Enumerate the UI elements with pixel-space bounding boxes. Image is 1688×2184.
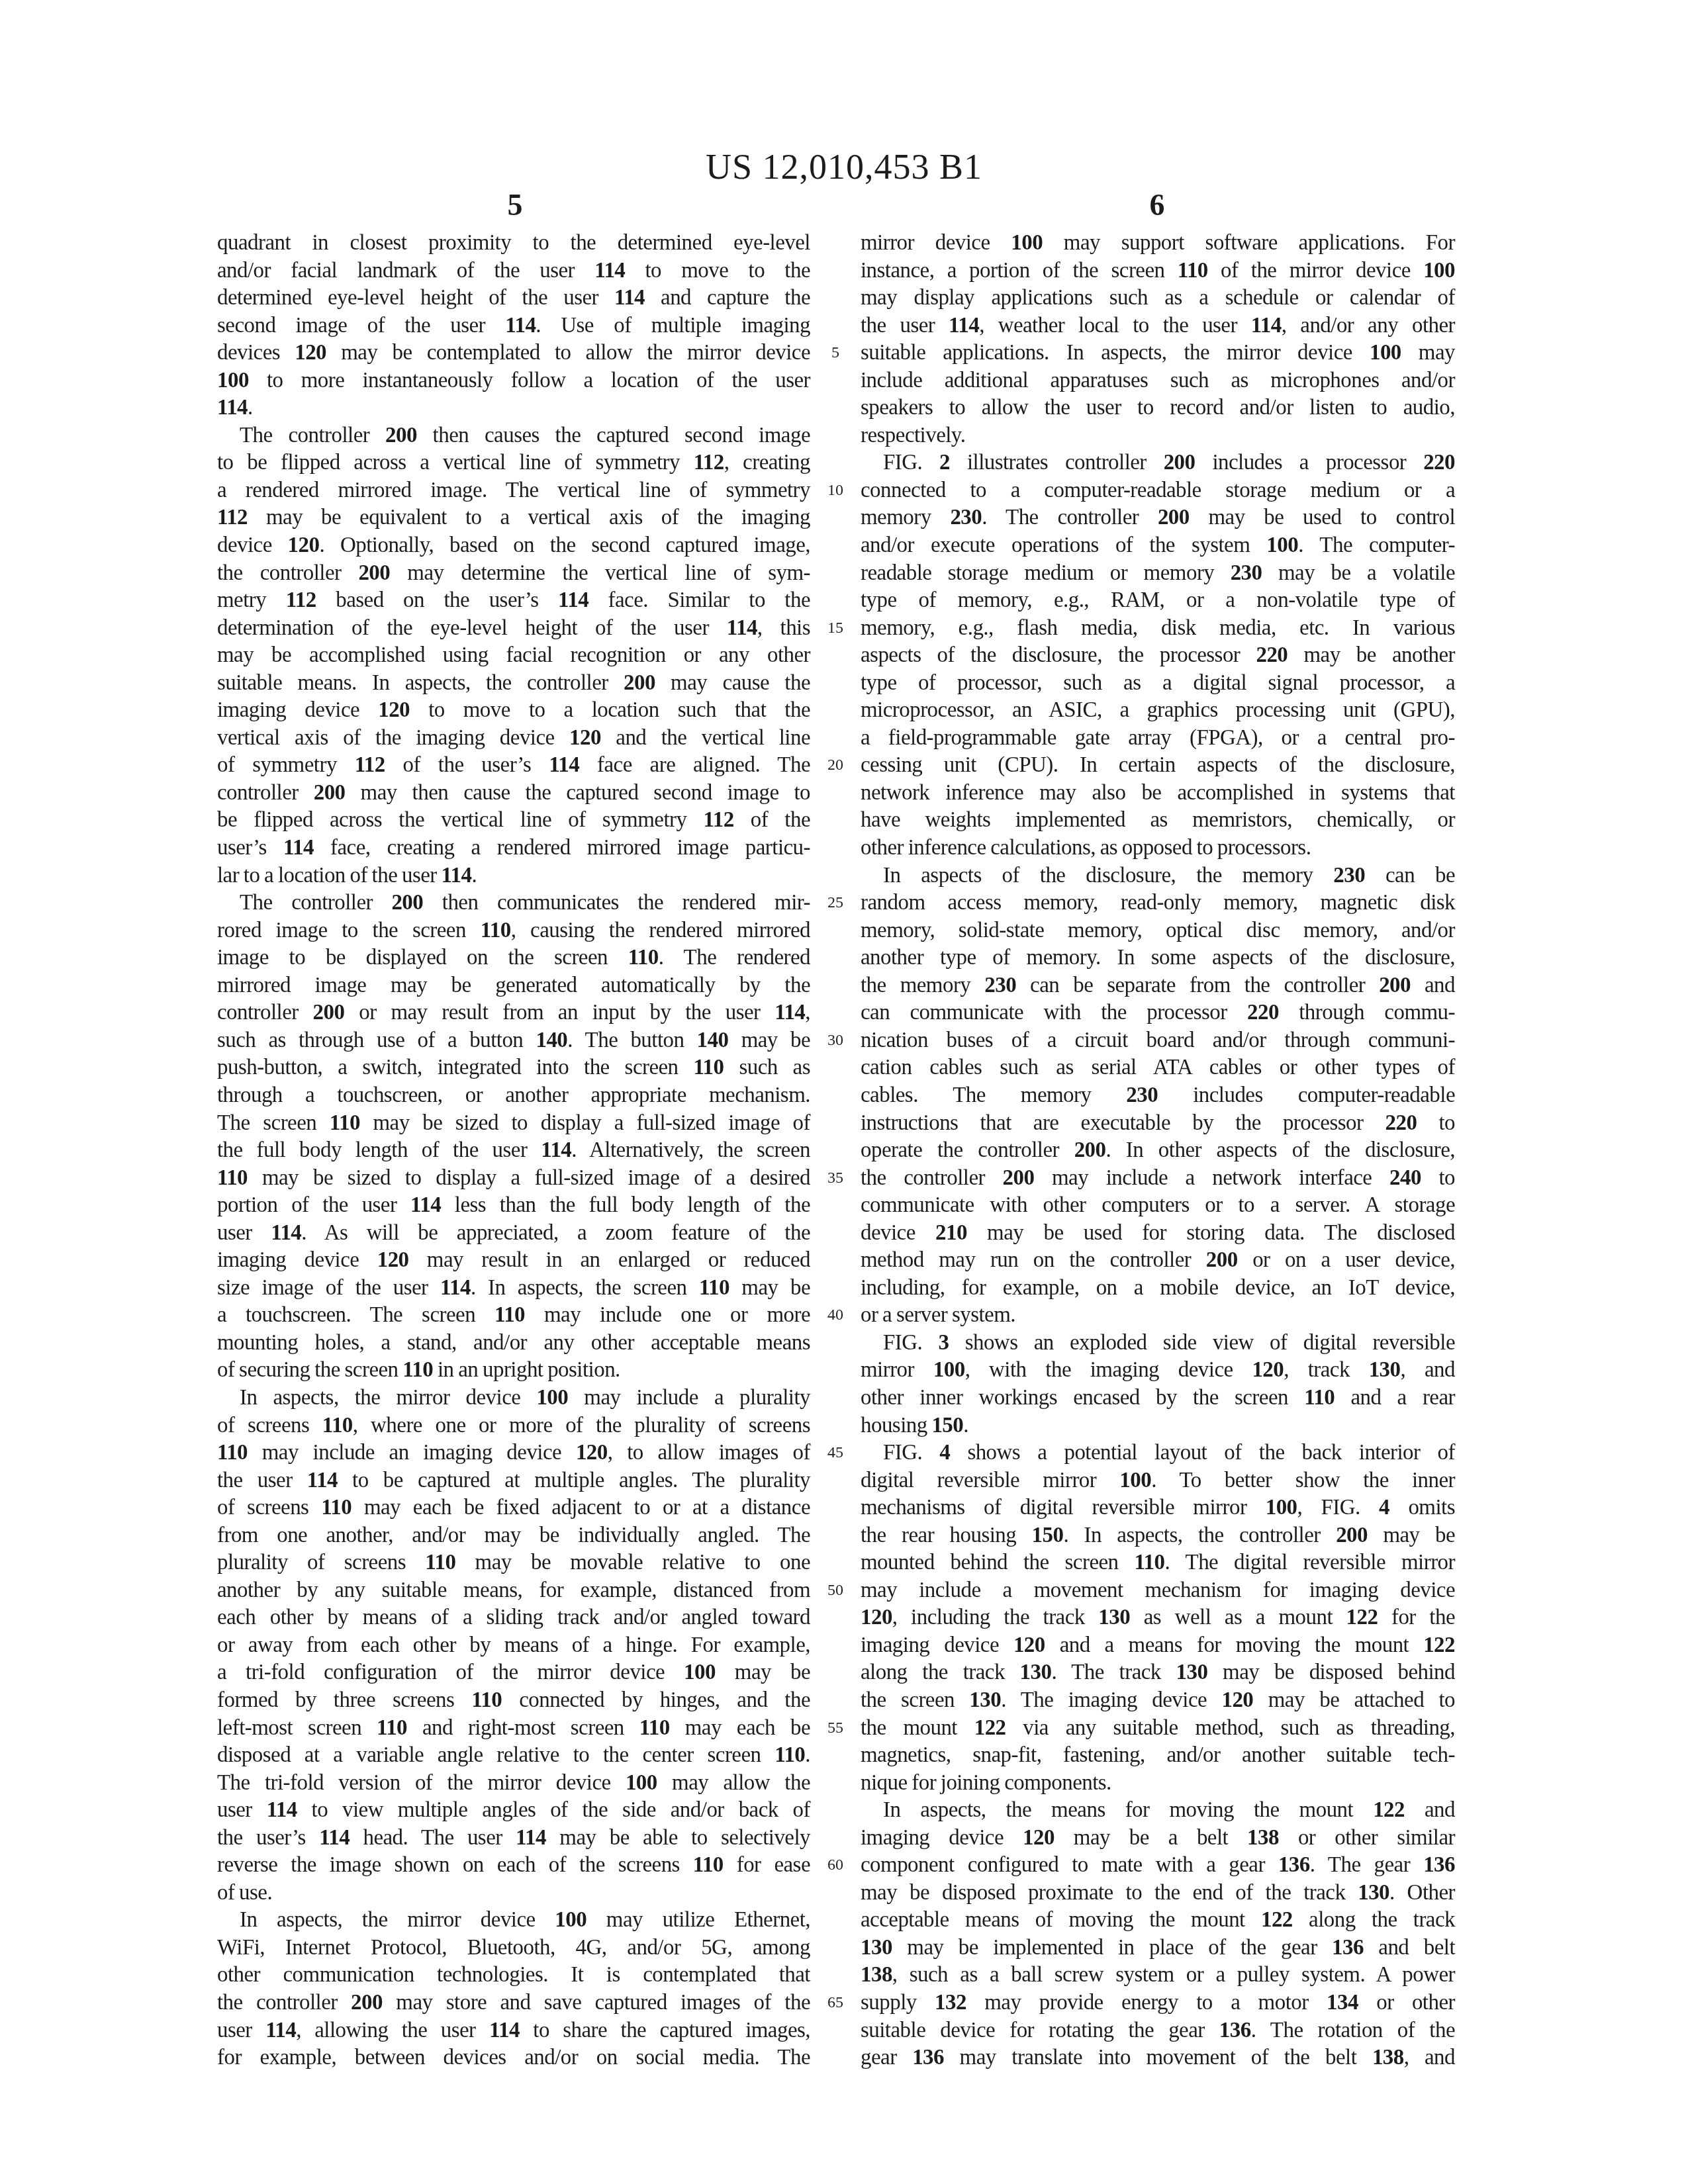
text-run: may translate into movement of the belt — [944, 2046, 1372, 2070]
text-run: connected to a computer-readable storage… — [861, 478, 1455, 502]
reference-numeral: 230 — [950, 506, 982, 529]
text-run: and capture the — [645, 286, 810, 310]
text-line: mounting holes, a stand, and/or any othe… — [217, 1330, 810, 1357]
text-line: lar to a location of the user 114. — [217, 862, 810, 890]
text-line: suitable device for rotating the gear 13… — [861, 2017, 1455, 2045]
text-run: may provide energy to a motor — [966, 1991, 1327, 2015]
text-run: to move to a location such that the — [410, 698, 810, 722]
text-run: random access memory, read-only memory, … — [861, 891, 1455, 915]
text-run: along the track — [1293, 1908, 1455, 1932]
text-run: such as through use of a button — [217, 1028, 536, 1052]
text-line: may display applications such as a sched… — [861, 285, 1455, 312]
text-run: the full body length of the user — [217, 1138, 541, 1162]
text-run: cation cables such as serial ATA cables … — [861, 1056, 1455, 1079]
text-run: or a server system. — [861, 1303, 1015, 1327]
reference-numeral: 100 — [626, 1771, 657, 1795]
text-line: push-button, a switch, integrated into t… — [217, 1054, 810, 1082]
text-run: user — [217, 1798, 267, 1822]
text-line: the user 114, weather local to the user … — [861, 312, 1455, 340]
reference-numeral: 110 — [377, 1716, 407, 1740]
text-line: another by any suitable means, for examp… — [217, 1577, 810, 1605]
reference-numeral: 130 — [1020, 1661, 1052, 1684]
text-run: , with the imaging device — [965, 1358, 1252, 1382]
text-run: the mount — [861, 1716, 974, 1740]
text-run: for the — [1378, 1606, 1455, 1629]
text-run: type of processor, such as a digital sig… — [861, 671, 1455, 695]
text-run: memory — [861, 506, 950, 529]
text-run: and belt — [1364, 1936, 1455, 1960]
text-run: another type of memory. In some aspects … — [861, 946, 1455, 970]
text-line: portion of the user 114 less than the fu… — [217, 1192, 810, 1220]
text-line: and/or facial landmark of the user 114 t… — [217, 257, 810, 285]
text-run: quadrant in closest proximity to the det… — [217, 231, 810, 255]
reference-numeral: 134 — [1327, 1991, 1358, 2015]
text-line: FIG. 4 shows a potential layout of the b… — [861, 1439, 1455, 1467]
text-run: In aspects, the mirror device — [240, 1386, 536, 1410]
text-run: . In aspects, the screen — [471, 1276, 699, 1300]
text-run: communicate with other computers or to a… — [861, 1193, 1455, 1217]
text-run: or may result from an input by the user — [344, 1001, 774, 1024]
text-run: instance, a portion of the screen — [861, 259, 1178, 283]
reference-numeral: 100 — [555, 1908, 586, 1932]
text-line: memory, solid-state memory, optical disc… — [861, 917, 1455, 945]
text-line: rored image to the screen 110, causing t… — [217, 917, 810, 945]
text-line: disposed at a variable angle relative to… — [217, 1742, 810, 1770]
reference-numeral: 114 — [265, 2019, 296, 2042]
text-run: the controller — [861, 1166, 1003, 1190]
text-run: may be attached to — [1253, 1688, 1455, 1712]
reference-numeral: 130 — [1358, 1881, 1389, 1905]
text-run: user — [217, 1221, 271, 1245]
reference-numeral: 114 — [549, 753, 579, 777]
text-line: mounted behind the screen 110. The digit… — [861, 1549, 1455, 1577]
text-line: FIG. 3 shows an exploded side view of di… — [861, 1330, 1455, 1357]
reference-numeral: 114 — [440, 1276, 471, 1300]
reference-numeral: 220 — [1256, 643, 1288, 667]
text-line: or away from each other by means of a hi… — [217, 1632, 810, 1660]
text-run: In aspects, the means for moving the mou… — [883, 1798, 1373, 1822]
text-run: . The track — [1051, 1661, 1176, 1684]
text-run: face are aligned. The — [579, 753, 810, 777]
reference-numeral: 2 — [939, 451, 950, 475]
reference-numeral: 110 — [639, 1716, 670, 1740]
text-run: may include a network interface — [1034, 1166, 1389, 1190]
margin-line-number: 5 — [818, 340, 853, 367]
text-line: formed by three screens 110 connected by… — [217, 1687, 810, 1715]
text-run: may support software applications. For — [1043, 231, 1455, 255]
text-run: controller — [217, 781, 314, 805]
text-run: rored image to the screen — [217, 919, 481, 942]
text-run: , and/or any other — [1282, 314, 1455, 338]
text-line: for example, between devices and/or on s… — [217, 2044, 810, 2072]
reference-numeral: 130 — [1369, 1358, 1401, 1382]
text-run: may be able to selectively — [546, 1826, 810, 1850]
column-number-right: 6 — [1131, 188, 1184, 222]
text-line: In aspects, the means for moving the mou… — [861, 1797, 1455, 1825]
text-line: other communication technologies. It is … — [217, 1962, 810, 1989]
reference-numeral: 200 — [351, 1991, 383, 2015]
text-run: a touchscreen. The screen — [217, 1303, 494, 1327]
text-run: and — [1405, 1798, 1455, 1822]
text-run: may then cause the captured second image… — [346, 781, 810, 805]
text-run: of symmetry — [217, 753, 355, 777]
text-line: controller 200 or may result from an inp… — [217, 999, 810, 1027]
text-line: the mount 122 via any suitable method, s… — [861, 1715, 1455, 1743]
text-line: mechanisms of digital reversible mirror … — [861, 1494, 1455, 1522]
text-line: 138, such as a ball screw system or a pu… — [861, 1962, 1455, 1989]
text-run: may include one or more — [525, 1303, 810, 1327]
text-run: , where one or more of the plurality of … — [353, 1414, 810, 1437]
text-line: through a touchscreen, or another approp… — [217, 1082, 810, 1110]
text-run: cables. The memory — [861, 1083, 1126, 1107]
text-run: a field-programmable gate array (FPGA), … — [861, 726, 1455, 750]
text-run: The controller — [240, 424, 385, 447]
text-run: nication buses of a circuit board and/or… — [861, 1028, 1455, 1052]
text-run: of use. — [217, 1881, 272, 1905]
text-run: shows an exploded side view of digital r… — [949, 1331, 1455, 1355]
text-run: may be contemplated to allow the mirror … — [326, 341, 810, 365]
text-run: may be — [729, 1276, 810, 1300]
text-run: . The computer- — [1298, 533, 1455, 557]
text-run: . — [471, 864, 477, 887]
text-run: In aspects of the disclosure, the memory — [883, 864, 1333, 887]
text-line: of symmetry 112 of the user’s 114 face a… — [217, 752, 810, 780]
text-line: respectively. — [861, 422, 1455, 450]
text-line: a tri-fold configuration of the mirror d… — [217, 1659, 810, 1687]
text-run: and/or execute operations of the system — [861, 533, 1266, 557]
text-run: . The gear — [1310, 1853, 1423, 1877]
text-run: . In aspects, the controller — [1063, 1524, 1336, 1547]
text-line: imaging device 120 may be a belt 138 or … — [861, 1825, 1455, 1852]
text-run: housing — [861, 1414, 931, 1437]
text-run: may be used to control — [1190, 506, 1455, 529]
text-run: may include a movement mechanism for ima… — [861, 1578, 1455, 1602]
reference-numeral: 130 — [861, 1936, 892, 1960]
reference-numeral: 130 — [1098, 1606, 1130, 1629]
text-line: a rendered mirrored image. The vertical … — [217, 477, 810, 505]
text-line: imaging device 120 may result in an enla… — [217, 1247, 810, 1275]
text-run: includes a processor — [1196, 451, 1424, 475]
margin-line-number: 65 — [818, 1989, 853, 2017]
text-run: and a means for moving the mount — [1045, 1633, 1423, 1657]
reference-numeral: 120 — [288, 533, 320, 557]
text-run: , — [805, 1001, 810, 1024]
margin-line-number: 30 — [818, 1027, 853, 1055]
reference-numeral: 220 — [1423, 451, 1455, 475]
text-line: can communicate with the processor 220 t… — [861, 999, 1455, 1027]
text-run: mirrored image may be generated automati… — [217, 974, 810, 997]
margin-line-number: 35 — [818, 1165, 853, 1193]
reference-numeral: 150 — [931, 1414, 963, 1437]
text-run: . The digital reversible mirror — [1165, 1551, 1456, 1574]
text-run: imaging device — [861, 1633, 1013, 1657]
text-run: may include a plurality — [568, 1386, 810, 1410]
text-run: . Other — [1389, 1881, 1455, 1905]
reference-numeral: 132 — [935, 1991, 966, 2015]
reference-numeral: 200 — [313, 1001, 345, 1024]
text-run: . In other aspects of the disclosure, — [1105, 1138, 1455, 1162]
text-run: . Optionally, based on the second captur… — [319, 533, 810, 557]
reference-numeral: 120 — [377, 1248, 409, 1272]
margin-line-number: 25 — [818, 889, 853, 917]
reference-numeral: 110 — [481, 919, 511, 942]
reference-numeral: 100 — [1119, 1469, 1151, 1492]
reference-numeral: 112 — [286, 588, 316, 612]
reference-numeral: 120 — [378, 698, 410, 722]
reference-numeral: 200 — [1158, 506, 1190, 529]
text-run: may be sized to display a full-sized ima… — [248, 1166, 810, 1190]
text-run: , creating — [724, 451, 810, 475]
text-line: WiFi, Internet Protocol, Bluetooth, 4G, … — [217, 1934, 810, 1962]
text-line: suitable applications. In aspects, the m… — [861, 340, 1455, 367]
text-run: mounting holes, a stand, and/or any othe… — [217, 1331, 810, 1355]
text-line: imaging device 120 to move to a location… — [217, 697, 810, 725]
text-run: , weather local to the user — [979, 314, 1251, 338]
reference-numeral: 120 — [295, 341, 326, 365]
text-line: mirror 100, with the imaging device 120,… — [861, 1357, 1455, 1385]
text-run: the user’s — [217, 1826, 319, 1850]
margin-line-number: 55 — [818, 1715, 853, 1743]
text-line: another type of memory. In some aspects … — [861, 944, 1455, 972]
text-run: from one another, and/or may be individu… — [217, 1524, 810, 1547]
reference-numeral: 114 — [319, 1826, 350, 1850]
text-run: then causes the captured second image — [417, 424, 810, 447]
text-run: to — [1417, 1111, 1455, 1135]
text-run: formed by three screens — [217, 1688, 471, 1712]
text-run: FIG. — [883, 1441, 939, 1465]
text-line: cables. The memory 230 includes computer… — [861, 1082, 1455, 1110]
reference-numeral: 100 — [1266, 1496, 1297, 1520]
text-line: housing 150. — [861, 1412, 1455, 1440]
text-run: and the vertical line — [601, 726, 810, 750]
reference-numeral: 3 — [938, 1331, 949, 1355]
text-run: the controller — [217, 561, 358, 585]
text-run: to move to the — [625, 259, 810, 283]
text-line: and/or execute operations of the system … — [861, 532, 1455, 560]
text-run: may be sized to display a full-sized ima… — [360, 1111, 810, 1135]
reference-numeral: 130 — [1176, 1661, 1207, 1684]
text-run: including, for example, on a mobile devi… — [861, 1276, 1455, 1300]
text-run: includes computer-readable — [1158, 1083, 1455, 1107]
text-run: . The imaging device — [1001, 1688, 1221, 1712]
text-run: . To better show the inner — [1151, 1469, 1455, 1492]
text-run: to more instantaneously follow a locatio… — [249, 369, 810, 392]
text-line: FIG. 2 illustrates controller 200 includ… — [861, 449, 1455, 477]
text-run: may determine the vertical line of sym- — [390, 561, 810, 585]
text-line: 130 may be implemented in place of the g… — [861, 1934, 1455, 1962]
reference-numeral: 150 — [1032, 1524, 1064, 1547]
text-run: mechanisms of digital reversible mirror — [861, 1496, 1266, 1520]
text-run: and/or facial landmark of the user — [217, 259, 594, 283]
text-line: image to be displayed on the screen 110.… — [217, 944, 810, 972]
text-line: from one another, and/or may be individu… — [217, 1522, 810, 1550]
text-run: may — [1401, 341, 1455, 365]
text-run: of the — [734, 808, 810, 832]
reference-numeral: 112 — [704, 808, 734, 832]
margin-line-number: 50 — [818, 1577, 853, 1605]
text-run: determined eye-level height of the user — [217, 286, 614, 310]
reference-numeral: 120 — [1023, 1826, 1055, 1850]
text-run: FIG. — [883, 1331, 938, 1355]
reference-numeral: 114 — [267, 1798, 297, 1822]
text-run: can be — [1365, 864, 1455, 887]
text-run: metry — [217, 588, 286, 612]
reference-numeral: 200 — [385, 424, 417, 447]
text-line: including, for example, on a mobile devi… — [861, 1275, 1455, 1302]
text-run: of the mirror device — [1208, 259, 1423, 283]
text-line: connected to a computer-readable storage… — [861, 477, 1455, 505]
reference-numeral: 136 — [1423, 1853, 1455, 1877]
text-run: reverse the image shown on each of the s… — [217, 1853, 693, 1877]
text-run: mirror device — [861, 231, 1011, 255]
reference-numeral: 110 — [402, 1358, 433, 1382]
text-line: user 114, allowing the user 114 to share… — [217, 2017, 810, 2045]
text-run: FIG. — [883, 451, 939, 475]
reference-numeral: 122 — [1261, 1908, 1293, 1932]
text-line: 114. — [217, 394, 810, 422]
text-run: left-most screen — [217, 1716, 377, 1740]
reference-numeral: 122 — [1423, 1633, 1455, 1657]
text-run: network inference may also be accomplish… — [861, 781, 1455, 805]
reference-numeral: 114 — [594, 259, 625, 283]
text-run: to share the captured images, — [520, 2019, 810, 2042]
reference-numeral: 114 — [949, 314, 979, 338]
text-run: memory, solid-state memory, optical disc… — [861, 919, 1455, 942]
text-run: may be equivalent to a vertical axis of … — [248, 506, 810, 529]
text-run: devices — [217, 341, 295, 365]
reference-numeral: 114 — [727, 616, 757, 640]
text-run: . The rotation of the — [1251, 2019, 1455, 2042]
text-run: imaging device — [217, 698, 378, 722]
text-line: The controller 200 then communicates the… — [217, 889, 810, 917]
reference-numeral: 110 — [425, 1551, 455, 1574]
text-line: the user’s 114 head. The user 114 may be… — [217, 1825, 810, 1852]
reference-numeral: 114 — [283, 836, 314, 860]
text-run: such as — [724, 1056, 810, 1079]
text-line: a field-programmable gate array (FPGA), … — [861, 725, 1455, 752]
reference-numeral: 110 — [1178, 259, 1208, 283]
text-line: may include a movement mechanism for ima… — [861, 1577, 1455, 1605]
column-number-left: 5 — [489, 188, 541, 222]
reference-numeral: 110 — [321, 1496, 352, 1520]
text-run: face, creating a rendered mirrored image… — [314, 836, 810, 860]
reference-numeral: 140 — [697, 1028, 729, 1052]
reference-numeral: 200 — [1206, 1248, 1238, 1272]
reference-numeral: 120 — [1013, 1633, 1045, 1657]
text-run: to view multiple angles of the side and/… — [297, 1798, 810, 1822]
reference-numeral: 230 — [1126, 1083, 1158, 1107]
text-run: other inner workings encased by the scre… — [861, 1386, 1304, 1410]
text-run: illustrates controller — [950, 451, 1164, 475]
margin-line-number: 60 — [818, 1852, 853, 1880]
margin-line-number: 45 — [818, 1439, 853, 1467]
text-line: In aspects, the mirror device 100 may in… — [217, 1385, 810, 1412]
text-line: devices 120 may be contemplated to allow… — [217, 340, 810, 367]
text-run: of securing the screen — [217, 1358, 402, 1382]
text-run: then communicates the rendered mir- — [423, 891, 810, 915]
text-line: of screens 110 may each be fixed adjacen… — [217, 1494, 810, 1522]
text-line: metry 112 based on the user’s 114 face. … — [217, 587, 810, 615]
text-line: microprocessor, an ASIC, a graphics proc… — [861, 697, 1455, 725]
text-run: . — [963, 1414, 968, 1437]
text-run: aspects of the disclosure, the processor — [861, 643, 1256, 667]
text-line: a touchscreen. The screen 110 may includ… — [217, 1302, 810, 1330]
patent-number-header: US 12,010,453 B1 — [0, 147, 1688, 187]
text-line: vertical axis of the imaging device 120 … — [217, 725, 810, 752]
reference-numeral: 120 — [1252, 1358, 1284, 1382]
text-run: The tri-fold version of the mirror devic… — [217, 1771, 626, 1795]
text-run: to be captured at multiple angles. The p… — [338, 1469, 810, 1492]
text-line: determined eye-level height of the user … — [217, 285, 810, 312]
text-run: face. Similar to the — [588, 588, 810, 612]
text-run: the screen — [861, 1688, 969, 1712]
text-line: The tri-fold version of the mirror devic… — [217, 1770, 810, 1797]
text-run: can be separate from the controller — [1016, 974, 1379, 997]
reference-numeral: 230 — [1231, 561, 1262, 585]
reference-numeral: 114 — [1251, 314, 1282, 338]
reference-numeral: 220 — [1247, 1001, 1279, 1024]
text-line: 110 may be sized to display a full-sized… — [217, 1165, 810, 1193]
text-line: reverse the image shown on each of the s… — [217, 1852, 810, 1880]
text-run: device — [861, 1221, 935, 1245]
text-line: size image of the user 114. In aspects, … — [217, 1275, 810, 1302]
text-run: or on a user device, — [1238, 1248, 1455, 1272]
text-run: user’s — [217, 836, 283, 860]
text-run: digital reversible mirror — [861, 1469, 1119, 1492]
text-run: of screens — [217, 1496, 321, 1520]
text-run: and — [1411, 974, 1455, 997]
text-run: of the user’s — [385, 753, 549, 777]
reference-numeral: 114 — [271, 1221, 301, 1245]
text-run: shows a potential layout of the back int… — [950, 1441, 1455, 1465]
reference-numeral: 114 — [410, 1193, 441, 1217]
text-run: may include an imaging device — [248, 1441, 576, 1465]
text-line: the user 114 to be captured at multiple … — [217, 1467, 810, 1495]
text-line: controller 200 may then cause the captur… — [217, 780, 810, 807]
reference-numeral: 110 — [471, 1688, 502, 1712]
text-run: suitable means. In aspects, the controll… — [217, 671, 624, 695]
text-line: the screen 130. The imaging device 120 m… — [861, 1687, 1455, 1715]
reference-numeral: 110 — [699, 1276, 729, 1300]
reference-numeral: 136 — [1278, 1853, 1310, 1877]
reference-numeral: 114 — [516, 1826, 546, 1850]
text-run: , allowing the user — [296, 2019, 489, 2042]
text-run: , and — [1404, 2046, 1455, 2070]
text-run: speakers to allow the user to record and… — [861, 396, 1455, 420]
text-run: The controller — [240, 891, 391, 915]
text-run: may be — [716, 1661, 810, 1684]
text-run: as well as a mount — [1130, 1606, 1346, 1629]
reference-numeral: 130 — [969, 1688, 1001, 1712]
margin-line-number: 10 — [818, 477, 853, 505]
text-run: to — [1421, 1166, 1455, 1190]
text-line: or a server system. — [861, 1302, 1455, 1330]
reference-numeral: 140 — [536, 1028, 567, 1052]
text-line: determination of the eye-level height of… — [217, 615, 810, 643]
text-run: another by any suitable means, for examp… — [217, 1578, 810, 1602]
text-line: 100 to more instantaneously follow a loc… — [217, 367, 810, 395]
reference-numeral: 136 — [912, 2046, 944, 2070]
reference-numeral: 110 — [217, 1166, 248, 1190]
text-line: random access memory, read-only memory, … — [861, 889, 1455, 917]
text-line: of use. — [217, 1880, 810, 1907]
reference-numeral: 220 — [1385, 1111, 1417, 1135]
right-text-column: mirror device 100 may support software a… — [861, 230, 1455, 2072]
text-line: component configured to mate with a gear… — [861, 1852, 1455, 1880]
text-run: head. The user — [350, 1826, 516, 1850]
text-line: have weights implemented as memristors, … — [861, 807, 1455, 835]
text-run: , including the track — [892, 1606, 1098, 1629]
